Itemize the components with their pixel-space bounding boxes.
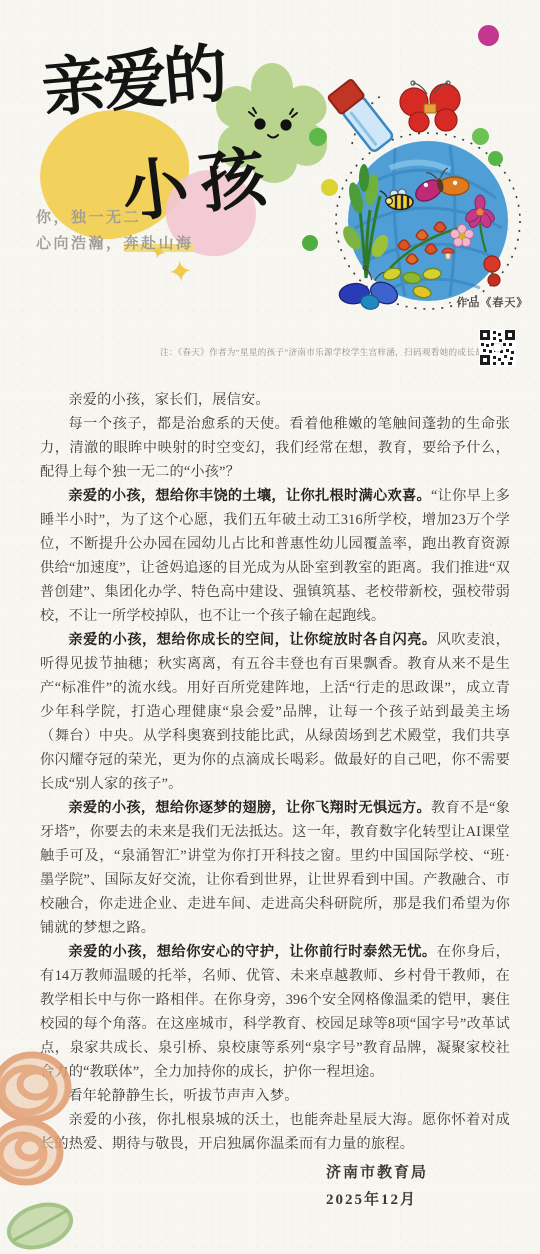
yellow-dot	[321, 179, 338, 196]
signature-date: 2025年12月	[326, 1187, 428, 1214]
green-dot	[488, 151, 503, 166]
letter-paragraph: 亲爱的小孩，想给你逐梦的翅膀，让你飞翔时无惧远方。教育不是“象牙塔”，你要去的未…	[40, 796, 510, 940]
artwork-caption: · 作品《春天》	[448, 294, 528, 310]
paragraph-lead: 亲爱的小孩，想给你安心的守护，让你前行时泰然无忧。	[68, 944, 436, 960]
letter-paragraph: 亲爱的小孩，想给你成长的空间，让你绽放时各自闪亮。风吹麦浪，听得见拔节抽穗；秋实…	[40, 628, 510, 796]
letter-paragraph: 亲爱的小孩，想给你安心的守护，让你前行时泰然无忧。在你身后，有14万教师温暖的托…	[40, 940, 510, 1084]
subtitle-line1: 你，独一无二	[36, 204, 194, 230]
letter-body: 亲爱的小孩，家长们，展信安。每一个孩子，都是治愈系的天使。看着他稚嫩的笔触间蓬勃…	[40, 388, 510, 1156]
paragraph-lead: 亲爱的小孩，想给你逐梦的翅膀，让你飞翔时无惧远方。	[68, 800, 431, 816]
signature-org: 济南市教育局	[326, 1160, 428, 1187]
letter-paragraph: 每一个孩子，都是治愈系的天使。看着他稚嫩的笔触间蓬勃的生命张力，清澈的眼眸中映射…	[40, 412, 510, 484]
qr-code	[479, 329, 516, 366]
green-dot	[302, 235, 318, 251]
artwork-footnote: 注：《春天》作者为“星星的孩子”济南市乐源学校学生宫梓涵，扫码观看她的成长故事	[160, 346, 500, 358]
green-dot	[309, 128, 327, 146]
orange-crayon-scribble	[0, 1042, 102, 1202]
poster: 亲爱的 小孩 你，独一无二 心向浩瀚，奔赴山海 ✦ ✦	[0, 0, 540, 1254]
subtitle-line2: 心向浩瀚，奔赴山海	[36, 230, 194, 256]
green-dot	[472, 128, 489, 145]
letter-paragraph: 看年轮静静生长，听拔节声声入梦。	[40, 1084, 510, 1108]
letter-paragraph: 亲爱的小孩，你扎根泉城的沃土，也能奔赴星辰大海。愿你怀着对成长的热爱、期待与敬畏…	[40, 1108, 510, 1156]
paragraph-lead: 亲爱的小孩，想给你丰饶的土壤，让你扎根时满心欢喜。	[68, 488, 431, 504]
green-crayon-leaf	[2, 1196, 82, 1254]
signature-block: 济南市教育局 2025年12月	[326, 1160, 428, 1214]
paragraph-lead: 亲爱的小孩，想给你成长的空间，让你绽放时各自闪亮。	[68, 632, 436, 648]
poster-title-line1: 亲爱的	[40, 42, 228, 122]
letter-paragraph: 亲爱的小孩，想给你丰饶的土壤，让你扎根时满心欢喜。“让你早上多睡半小时”，为了这…	[40, 484, 510, 628]
sparkle-icon: ✦	[166, 254, 195, 291]
letter-paragraph: 亲爱的小孩，家长们，展信安。	[40, 388, 510, 412]
magenta-dot	[478, 25, 499, 46]
poster-subtitle: 你，独一无二 心向浩瀚，奔赴山海	[36, 204, 194, 256]
